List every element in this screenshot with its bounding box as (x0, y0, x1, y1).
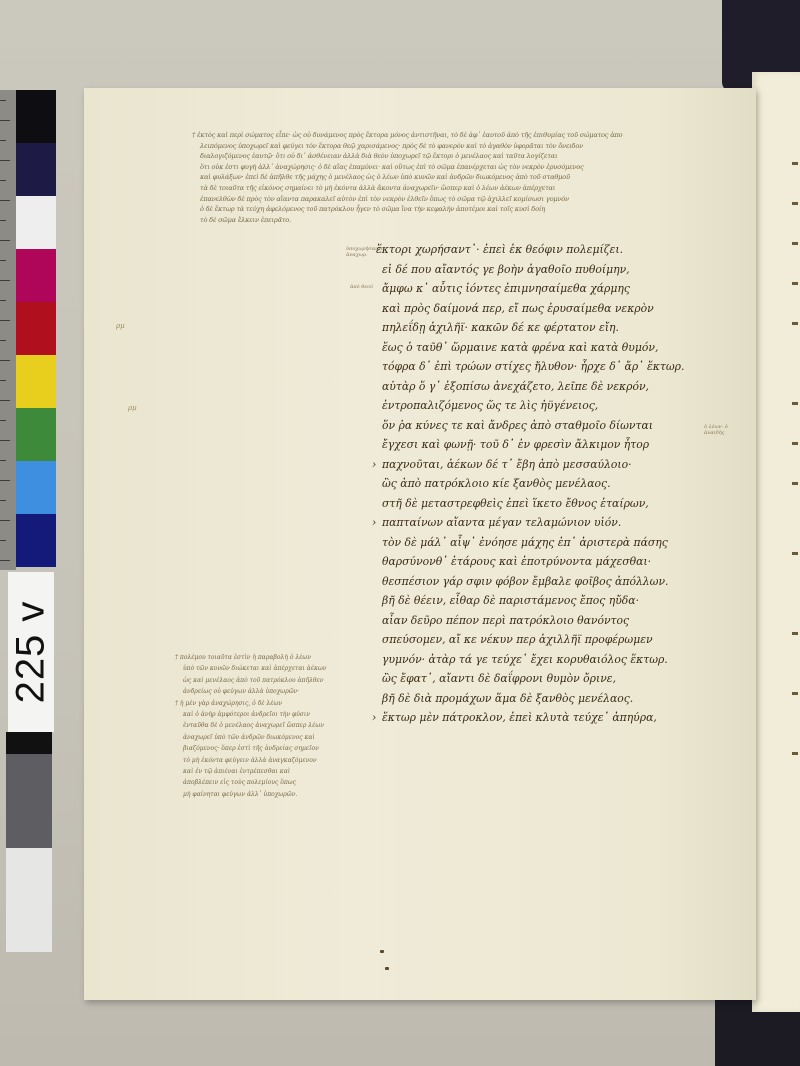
verse-line: καὶ πρὸς δαίμονά περ, εἴ πως ἐρυσαίμεθα … (382, 299, 762, 319)
interlinear-gloss: ἀπὸ θεοῦ (350, 284, 378, 290)
scholia-line: ἀναχωρεῖ ὑπὸ τῶν ἀνδρῶν διωκόμενος καὶ (175, 732, 365, 743)
color-patch-magenta (16, 249, 56, 302)
verse-line: βῆ δὲ διὰ προμάχων ἅμα δὲ ξανθὸς μενέλαο… (382, 689, 762, 709)
measurement-ruler (0, 90, 16, 570)
verse-line: αὐτὰρ ὅ γ᾽ ἐξοπίσω ἀνεχάζετο, λεῖπε δὲ ν… (382, 377, 762, 397)
verse-line: ἔγχεσι καὶ φωνῇ· τοῦ δ᾽ ἐν φρεσὶν ἄλκιμο… (382, 435, 762, 455)
scholia-line: τὸ μὴ ἑκόντα φεύγειν ἀλλὰ ἀναγκαζόμενον (175, 755, 365, 766)
ink-spot (380, 950, 384, 953)
scholia-line: ἐνταῦθα δὲ ὁ μενέλαος ἀναχωρεῖ ὥσπερ λέω… (175, 720, 365, 731)
scholia-line: † ἐκτὸς καὶ περὶ σώματος εἶπε· ὡς οὐ δυν… (192, 130, 720, 141)
scholia-line: λειπόμενος ὑποχωρεῖ καὶ φεύγει τὸν ἕκτορ… (192, 141, 720, 152)
color-patch-cyan (16, 461, 56, 514)
scholia-line: τὸ δὲ σῶμα ἔλκειν ἐπειρᾶτο. (192, 215, 720, 226)
scholia-line: καὶ ὁ ἀνὴρ ἀμφότεροι ἀνδρεῖοι τὴν φύσιν (175, 709, 365, 720)
verse-line: γυμνόν· ἀτὰρ τά γε τεύχε᾽ ἔχει κορυθαιόλ… (382, 650, 762, 670)
folio-number: 225 v (9, 601, 54, 704)
color-calibration-chart (16, 90, 56, 567)
scholia-line: καὶ ἐν τῷ ἀπιέναι ἐντρέπεσθαι καὶ (175, 766, 365, 777)
gray-patch-white (6, 848, 52, 952)
scholia-line: διαλογιζόμενος ἑαυτῷ· ὅτι οὐ δι᾽ ἀσθένει… (192, 151, 720, 162)
scholia-line: † πολέμου τοιαῦτα ἐστὶν ἡ παραβολὴ ὁ λέω… (175, 652, 365, 663)
scholia-line: ὅτι οὐκ ἐστι φυγὴ ἀλλ᾽ ἀναχώρησις· ὁ δὲ … (192, 162, 720, 173)
verse-line: αἶαν δεῦρο πέπον περὶ πατρόκλοιο θανόντο… (382, 611, 762, 631)
verse-line: σπεύσομεν, αἴ κε νέκυν περ ἀχιλλῆϊ προφέ… (382, 630, 762, 650)
verse-line: ὣς ἀπὸ πατρόκλοιο κίε ξανθὸς μενέλαος. (382, 474, 762, 494)
verse-line: θεσπέσιον γάρ σφιν φόβον ἔμβαλε φοῖβος ἀ… (382, 572, 762, 592)
scholia-line: μὴ φαίνηται φεύγων ἀλλ᾽ ὑποχωρῶν. (175, 789, 365, 800)
verse-line: ἄμφω κ᾽ αὖτις ἰόντες ἐπιμνησαίμεθα χάρμη… (382, 279, 762, 299)
main-text-block: ἕκτορι χωρήσαντ᾽· ἐπεὶ ἐκ θεόφιν πολεμίζ… (382, 240, 762, 728)
verse-line: τόφρα δ᾽ ἐπὶ τρώων στίχες ἤλυθον· ἦρχε δ… (382, 357, 762, 377)
gray-patch-mid (6, 754, 52, 848)
scholia-lower-block: † πολέμου τοιαῦτα ἐστὶν ἡ παραβολὴ ὁ λέω… (175, 652, 365, 800)
verse-line: στῆ δὲ μεταστρεφθεὶς ἐπεὶ ἵκετο ἔθνος ἑτ… (382, 494, 762, 514)
color-patch-green (16, 408, 56, 461)
scholia-line: ὡς καὶ μενέλαος ἀπὸ τοῦ πατρόκλου ἀπῆλθε… (175, 675, 365, 686)
verse-line: πηλεΐδῃ ἀχιλῆϊ· κακῶν δέ κε φέρτατον εἴη… (382, 318, 762, 338)
verse-line: βῆ δὲ θέειν, εἶθαρ δὲ παριστάμενος ἔπος … (382, 591, 762, 611)
gray-patch-black (6, 732, 52, 754)
scholia-line: βιαζόμενος· ὅπερ ἐστὶ τῆς ἀνδρείας σημεῖ… (175, 743, 365, 754)
scholia-line: ἐπανελθὼν δὲ πρὸς τὸν αἴαντα παρακαλεῖ α… (192, 194, 720, 205)
verse-line: ἕκτωρ μὲν πάτροκλον, ἐπεὶ κλυτὰ τεύχε᾽ ἀ… (382, 708, 762, 728)
color-patch-black (16, 90, 56, 143)
color-patch-yellow (16, 355, 56, 408)
color-patch-blue (16, 514, 56, 567)
verse-line: εἰ δέ που αἴαντός γε βοὴν ἀγαθοῖο πυθοίμ… (382, 260, 762, 280)
scholia-line: † ἡ μὲν γὰρ ἀναχώρησις, ὁ δὲ λέων (175, 698, 365, 709)
scholia-line: ἀνδρείως οὐ φεύγων ἀλλὰ ὑποχωρῶν· (175, 686, 365, 697)
verse-line: παχνοῦται, ἀέκων δέ τ᾽ ἔβη ἀπὸ μεσσαύλοι… (382, 455, 762, 475)
folio-label: 225 v (8, 572, 54, 732)
color-patch-white (16, 196, 56, 249)
scholia-line: ὁ δὲ ἕκτωρ τὰ τεύχη ἀφελόμενος τοῦ πατρό… (192, 204, 720, 215)
verse-line: θαρσύνονθ᾽ ἑτάρους καὶ ἐποτρύνοντα μάχεσ… (382, 552, 762, 572)
color-patch-red (16, 302, 56, 355)
margin-note: ρμ (128, 404, 137, 412)
margin-note: ρμ (116, 322, 125, 330)
scholia-top-block: † ἐκτὸς καὶ περὶ σώματος εἶπε· ὡς οὐ δυν… (192, 130, 720, 225)
scholia-line: καὶ φυλάξων· ἐπεὶ δὲ ἀπῆλθε τῆς μάχης ὁ … (192, 172, 720, 183)
verse-line: ἕως ὁ ταῦθ᾽ ὥρμαινε κατὰ φρένα καὶ κατὰ … (382, 338, 762, 358)
verse-line: παπταίνων αἴαντα μέγαν τελαμώνιον υἱόν. (382, 513, 762, 533)
verse-line: ὣς ἔφατ᾽, αἴαντι δὲ δαΐφρονι θυμὸν ὄρινε… (382, 669, 762, 689)
scholia-line: ἀποβλέπειν εἰς τοὺς πολεμίους ὅπως (175, 777, 365, 788)
verse-line: ἐντροπαλιζόμενος ὥς τε λὶς ἠϋγένειος, (382, 396, 762, 416)
grayscale-chart (6, 732, 52, 952)
scholia-line: ὑπὸ τῶν κυνῶν διώκεται καὶ ἀπέρχεται ἀέκ… (175, 663, 365, 674)
verse-line: ὅν ῥα κύνες τε καὶ ἄνδρες ἀπὸ σταθμοῖο δ… (382, 416, 762, 436)
scholia-line: τὰ δὲ τοιαῦτα τῆς εἰκόνος σημαίνει τὸ μὴ… (192, 183, 720, 194)
ink-spot (385, 967, 389, 970)
verse-line: ἕκτορι χωρήσαντ᾽· ἐπεὶ ἐκ θεόφιν πολεμίζ… (376, 240, 762, 260)
verse-line: τὸν δὲ μάλ᾽ αἶψ᾽ ἐνόησε μάχης ἐπ᾽ ἀριστε… (382, 533, 762, 553)
color-patch-navy (16, 143, 56, 196)
